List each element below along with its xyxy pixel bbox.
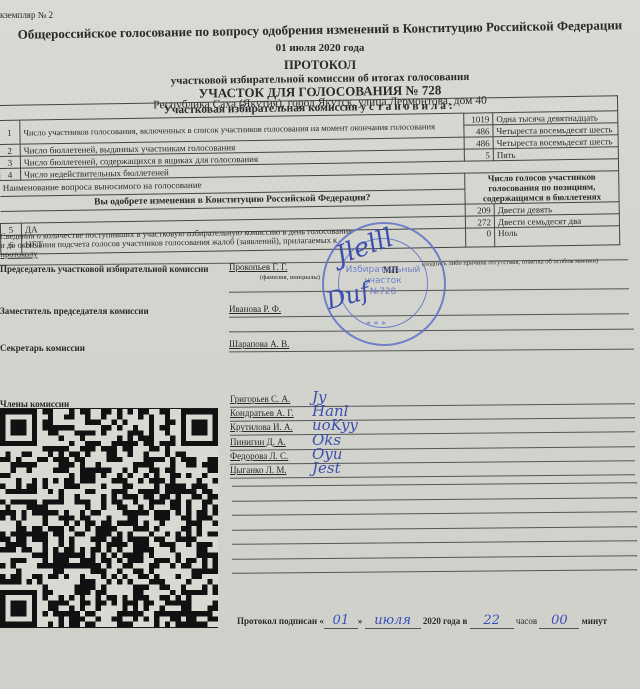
secretary-role: Секретарь комиссии [0, 343, 85, 353]
member-name: Кондратьев А. Г. [230, 408, 294, 418]
complaints-info: Сведения о количестве поступивших в учас… [0, 226, 352, 259]
member-name: Григорьев С. А. [230, 394, 290, 404]
member-name: Цыганко Л. М. [230, 465, 287, 475]
blank-line [232, 540, 637, 545]
copy-label: кземпляр № 2 [0, 10, 53, 20]
chair-name: Прокопьев Г. Г. [229, 262, 287, 272]
deputy-role: Заместитель председателя комиссии [0, 306, 149, 316]
secretary-name: Шарапова А. В. [229, 339, 289, 349]
blank-line [232, 482, 637, 487]
blank-line [232, 555, 637, 560]
qr-code [0, 408, 218, 628]
blank-line [232, 526, 637, 531]
member-name: Пинигин Д. А. [230, 437, 286, 447]
blank-line [232, 497, 637, 502]
deputy-name: Иванова Р. Ф. [229, 304, 281, 314]
member-name: Крутилова И. А. [230, 422, 293, 432]
name-hint: (фамилия, инициалы) [260, 274, 320, 281]
blank-line [232, 511, 637, 516]
member-name: Федорова Л. С. [230, 451, 288, 461]
signed-minute: 00 [539, 613, 579, 629]
document-date: 01 июля 2020 года [0, 42, 640, 54]
signed-month: июля [365, 613, 421, 629]
chair-role: Председатель участковой избирательной ко… [0, 264, 208, 274]
signed-day: 01 [324, 613, 358, 629]
signing-footer: Протокол подписан «01» июля 2020 года в … [237, 613, 607, 629]
document-title: Общероссийское голосование по вопросу од… [0, 17, 640, 43]
protocol-document: кземпляр № 2 Общероссийское голосование … [0, 0, 640, 689]
signed-hour: 22 [470, 613, 514, 629]
member-signature: Jest [312, 459, 341, 477]
signature-hint: (подпись либо причина отсутствия, отметк… [422, 257, 598, 267]
blank-line [232, 569, 637, 574]
